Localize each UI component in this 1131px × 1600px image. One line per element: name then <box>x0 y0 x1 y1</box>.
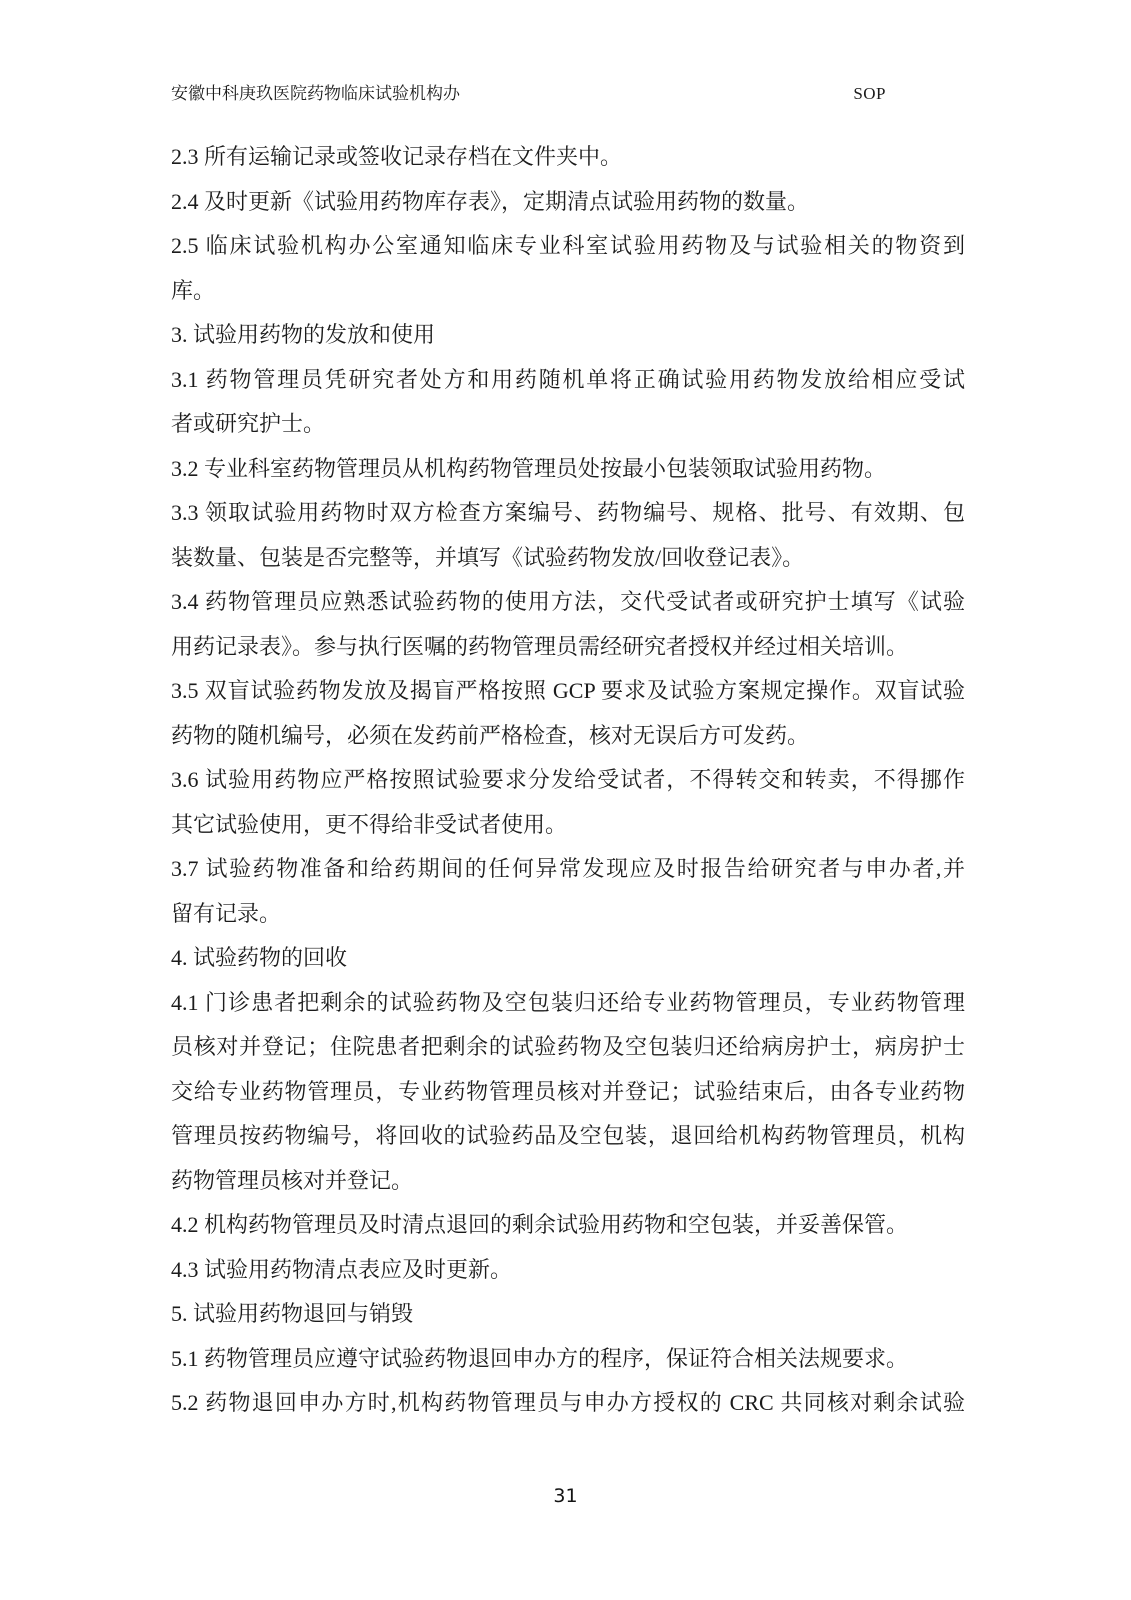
document-line: 4.1 门诊患者把剩余的试验药物及空包装归还给专业药物管理员，专业药物管理 <box>171 981 965 1026</box>
document-line: 3.6 试验用药物应严格按照试验要求分发给受试者，不得转交和转卖，不得挪作 <box>171 758 965 803</box>
document-line: 装数量、包装是否完整等，并填写《试验药物发放/回收登记表》。 <box>171 536 965 581</box>
page-header: 安徽中科庚玖医院药物临床试验机构办 SOP <box>171 83 965 105</box>
document-line: 管理员按药物编号，将回收的试验药品及空包装，退回给机构药物管理员，机构 <box>171 1114 965 1159</box>
document-line: 者或研究护士。 <box>171 402 965 447</box>
document-body: 2.3 所有运输记录或签收记录存档在文件夹中。2.4 及时更新《试验用药物库存表… <box>171 135 965 1426</box>
document-line: 3.3 领取试验用药物时双方检查方案编号、药物编号、规格、批号、有效期、包 <box>171 491 965 536</box>
document-line: 留有记录。 <box>171 892 965 937</box>
document-line: 2.3 所有运输记录或签收记录存档在文件夹中。 <box>171 135 965 180</box>
header-doc-type: SOP <box>853 83 886 105</box>
document-line: 3.2 专业科室药物管理员从机构药物管理员处按最小包装领取试验用药物。 <box>171 447 965 492</box>
document-line: 交给专业药物管理员，专业药物管理员核对并登记；试验结束后，由各专业药物 <box>171 1070 965 1115</box>
document-line: 4.3 试验用药物清点表应及时更新。 <box>171 1248 965 1293</box>
document-line: 其它试验使用，更不得给非受试者使用。 <box>171 803 965 848</box>
document-line: 5. 试验用药物退回与销毁 <box>171 1292 965 1337</box>
document-line: 员核对并登记；住院患者把剩余的试验药物及空包装归还给病房护士，病房护士 <box>171 1025 965 1070</box>
document-line: 药物的随机编号，必须在发药前严格检查，核对无误后方可发药。 <box>171 714 965 759</box>
page-footer: 31 <box>0 1485 1131 1507</box>
document-line: 4.2 机构药物管理员及时清点退回的剩余试验用药物和空包装，并妥善保管。 <box>171 1203 965 1248</box>
page-number: 31 <box>553 1485 577 1507</box>
document-line: 3.1 药物管理员凭研究者处方和用药随机单将正确试验用药物发放给相应受试 <box>171 358 965 403</box>
document-line: 药物管理员核对并登记。 <box>171 1159 965 1204</box>
document-line: 3. 试验用药物的发放和使用 <box>171 313 965 358</box>
document-line: 用药记录表》。参与执行医嘱的药物管理员需经研究者授权并经过相关培训。 <box>171 625 965 670</box>
document-line: 3.5 双盲试验药物发放及揭盲严格按照 GCP 要求及试验方案规定操作。双盲试验 <box>171 669 965 714</box>
document-line: 2.5 临床试验机构办公室通知临床专业科室试验用药物及与试验相关的物资到 <box>171 224 965 269</box>
document-line: 3.7 试验药物准备和给药期间的任何异常发现应及时报告给研究者与申办者,并 <box>171 847 965 892</box>
document-line: 库。 <box>171 269 965 314</box>
document-line: 2.4 及时更新《试验用药物库存表》，定期清点试验用药物的数量。 <box>171 180 965 225</box>
document-line: 3.4 药物管理员应熟悉试验药物的使用方法，交代受试者或研究护士填写《试验 <box>171 580 965 625</box>
document-line: 5.1 药物管理员应遵守试验药物退回申办方的程序，保证符合相关法规要求。 <box>171 1337 965 1382</box>
document-page: 安徽中科庚玖医院药物临床试验机构办 SOP 2.3 所有运输记录或签收记录存档在… <box>0 0 1131 1600</box>
header-institution: 安徽中科庚玖医院药物临床试验机构办 <box>171 83 460 105</box>
document-line: 5.2 药物退回申办方时,机构药物管理员与申办方授权的 CRC 共同核对剩余试验 <box>171 1381 965 1426</box>
document-line: 4. 试验药物的回收 <box>171 936 965 981</box>
